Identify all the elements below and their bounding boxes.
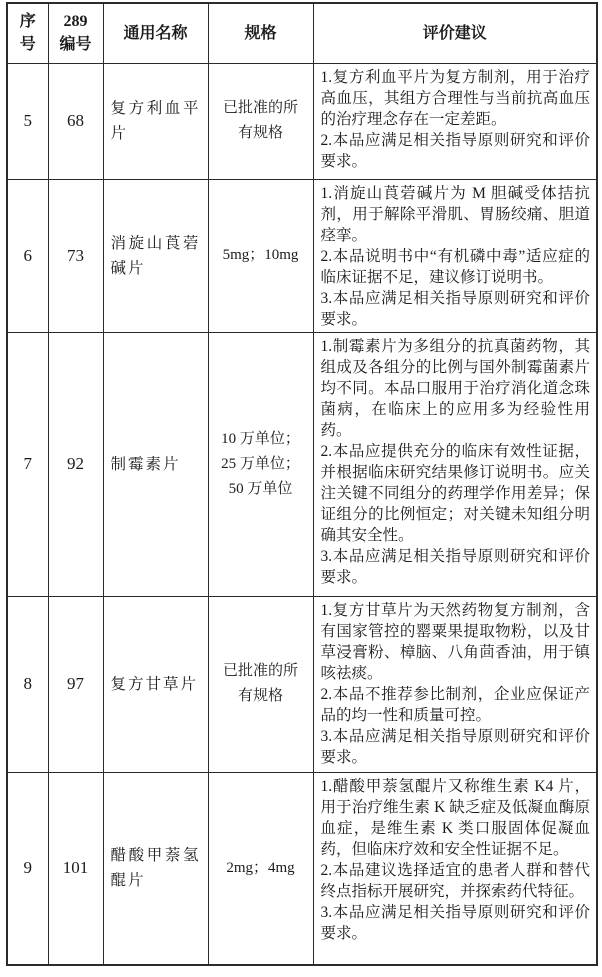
eval-item: 1.消旋山莨菪碱片为 M 胆碱受体拮抗剂，用于解除平滑肌、胃肠绞痛、胆道痉挛。 bbox=[321, 183, 591, 246]
code-cell: 97 bbox=[48, 596, 103, 772]
seq-cell: 5 bbox=[7, 63, 48, 179]
eval-item: 1.醋酸甲萘氢醌片又称维生素 K4 片，用于治疗维生素 K 缺乏症及低凝血酶原血… bbox=[321, 776, 591, 860]
header-seq-line2: 号 bbox=[8, 33, 48, 56]
table-row: 9 101 醋酸甲萘氢醌片 2mg；4mg 1.醋酸甲萘氢醌片又称维生素 K4 … bbox=[7, 772, 597, 965]
spec-cell: 2mg；4mg bbox=[208, 772, 313, 965]
eval-item: 2.本品建议选择适宜的患者人群和替代终点指标开展研究，并探索药代特征。 bbox=[321, 860, 591, 902]
table-row: 6 73 消旋山莨菪碱片 5mg；10mg 1.消旋山莨菪碱片为 M 胆碱受体拮… bbox=[7, 179, 597, 332]
code-cell: 92 bbox=[48, 332, 103, 596]
header-seq-line1: 序 bbox=[8, 10, 48, 33]
name-cell: 醋酸甲萘氢醌片 bbox=[103, 772, 208, 965]
code-cell: 101 bbox=[48, 772, 103, 965]
header-code: 289 编号 bbox=[48, 3, 103, 63]
seq-cell: 9 bbox=[7, 772, 48, 965]
name-cell: 复方甘草片 bbox=[103, 596, 208, 772]
seq-cell: 6 bbox=[7, 179, 48, 332]
eval-item: 3.本品应满足相关指导原则研究和评价要求。 bbox=[321, 288, 591, 330]
eval-cell: 1.复方利血平片为复方制剂，用于治疗高血压，其组方合理性与当前抗高血压的治疗理念… bbox=[313, 63, 597, 179]
name-cell: 制霉素片 bbox=[103, 332, 208, 596]
eval-cell: 1.复方甘草片为天然药物复方制剂，含有国家管控的罂粟果提取物粉，以及甘草浸膏粉、… bbox=[313, 596, 597, 772]
header-evaluation: 评价建议 bbox=[313, 3, 597, 63]
name-cell: 消旋山莨菪碱片 bbox=[103, 179, 208, 332]
seq-cell: 7 bbox=[7, 332, 48, 596]
eval-item: 3.本品应满足相关指导原则研究和评价要求。 bbox=[321, 902, 591, 944]
eval-cell: 1.醋酸甲萘氢醌片又称维生素 K4 片，用于治疗维生素 K 缺乏症及低凝血酶原血… bbox=[313, 772, 597, 965]
eval-item: 1.制霉素片为多组分的抗真菌药物，其组成及各组分的比例与国外制霉菌素片均不同。本… bbox=[321, 336, 591, 441]
seq-cell: 8 bbox=[7, 596, 48, 772]
name-cell: 复方利血平片 bbox=[103, 63, 208, 179]
drug-evaluation-table: 序 号 289 编号 通用名称 规格 评价建议 5 68 复方利血平片 已批准的… bbox=[6, 2, 598, 966]
eval-item: 3.本品应满足相关指导原则研究和评价要求。 bbox=[321, 546, 591, 588]
eval-item: 2.本品不推荐参比制剂，企业应保证产品的均一性和质量可控。 bbox=[321, 684, 591, 726]
eval-item: 1.复方甘草片为天然药物复方制剂，含有国家管控的罂粟果提取物粉，以及甘草浸膏粉、… bbox=[321, 600, 591, 684]
eval-item: 1.复方利血平片为复方制剂，用于治疗高血压，其组方合理性与当前抗高血压的治疗理念… bbox=[321, 67, 591, 130]
spec-cell: 已批准的所有规格 bbox=[208, 63, 313, 179]
spec-cell: 5mg；10mg bbox=[208, 179, 313, 332]
eval-cell: 1.消旋山莨菪碱片为 M 胆碱受体拮抗剂，用于解除平滑肌、胃肠绞痛、胆道痉挛。 … bbox=[313, 179, 597, 332]
header-seq: 序 号 bbox=[7, 3, 48, 63]
eval-item: 2.本品应满足相关指导原则研究和评价要求。 bbox=[321, 130, 591, 172]
code-cell: 68 bbox=[48, 63, 103, 179]
spec-cell: 10 万单位；25 万单位；50 万单位 bbox=[208, 332, 313, 596]
header-row: 序 号 289 编号 通用名称 规格 评价建议 bbox=[7, 3, 597, 63]
eval-cell: 1.制霉素片为多组分的抗真菌药物，其组成及各组分的比例与国外制霉菌素片均不同。本… bbox=[313, 332, 597, 596]
table-row: 7 92 制霉素片 10 万单位；25 万单位；50 万单位 1.制霉素片为多组… bbox=[7, 332, 597, 596]
header-code-line1: 289 bbox=[49, 10, 103, 33]
header-spec: 规格 bbox=[208, 3, 313, 63]
header-code-line2: 编号 bbox=[49, 33, 103, 56]
eval-item: 3.本品应满足相关指导原则研究和评价要求。 bbox=[321, 726, 591, 768]
spec-cell: 已批准的所有规格 bbox=[208, 596, 313, 772]
table-row: 5 68 复方利血平片 已批准的所有规格 1.复方利血平片为复方制剂，用于治疗高… bbox=[7, 63, 597, 179]
eval-item: 2.本品说明书中“有机磷中毒”适应症的临床证据不足，建议修订说明书。 bbox=[321, 246, 591, 288]
table-row: 8 97 复方甘草片 已批准的所有规格 1.复方甘草片为天然药物复方制剂，含有国… bbox=[7, 596, 597, 772]
eval-item: 2.本品应提供充分的临床有效性证据，并根据临床研究结果修订说明书。应关注关键不同… bbox=[321, 441, 591, 546]
header-generic-name: 通用名称 bbox=[103, 3, 208, 63]
code-cell: 73 bbox=[48, 179, 103, 332]
